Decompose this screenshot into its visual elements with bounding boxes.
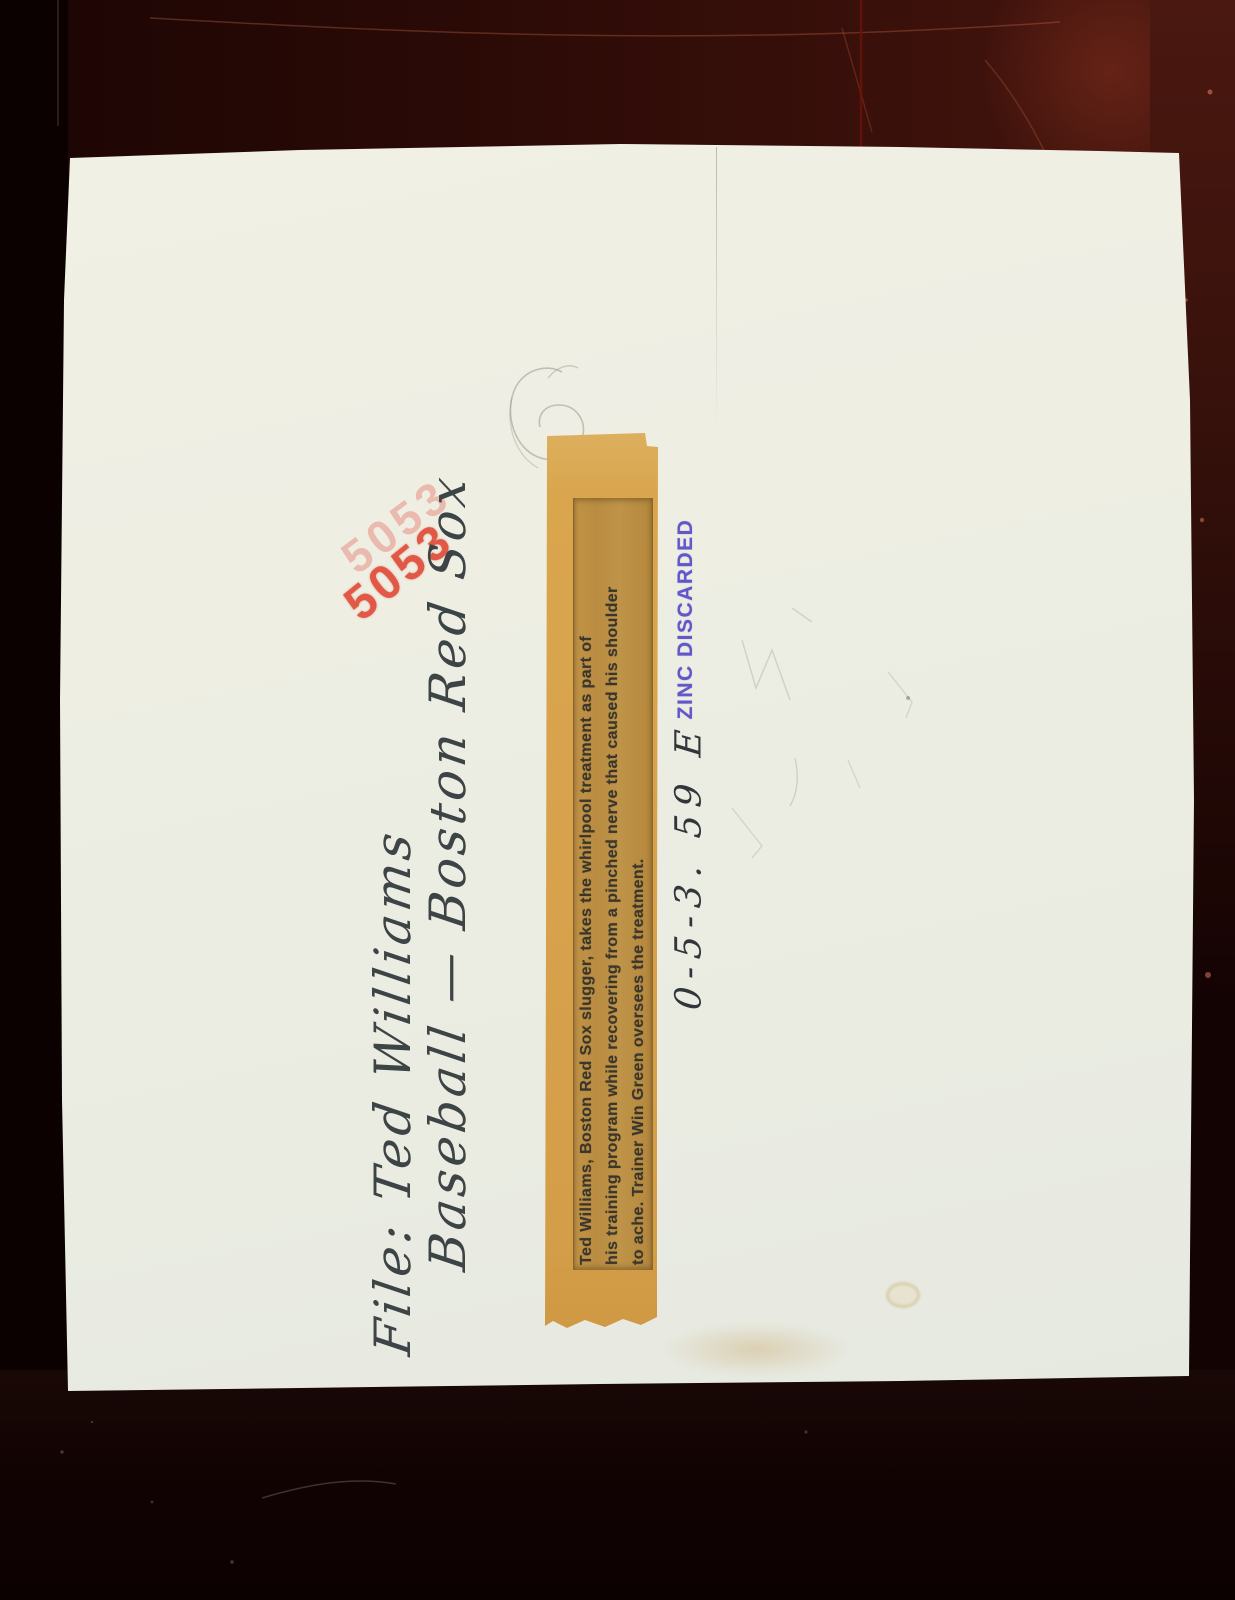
handwriting-file-label: File: Ted Williams: [364, 825, 422, 1358]
handwriting-category: Baseball — Boston Red Sox: [419, 470, 477, 1274]
handwritten-date-code: 0-5-3. 59 E: [669, 720, 710, 1012]
stain-smudge: [660, 1322, 850, 1377]
caption-line-2: his training program while recovering fr…: [600, 503, 626, 1265]
caption-line-1: Ted Williams, Boston Red Sox slugger, ta…: [574, 503, 600, 1265]
newspaper-caption-clipping: Ted Williams, Boston Red Sox slugger, ta…: [573, 498, 653, 1270]
zinc-discarded-stamp: ZINC DISCARDED: [674, 519, 698, 720]
photo-paper: 5053 5053 Baseball — Boston Red Sox File…: [0, 0, 1235, 1600]
caption-line-3: to ache. Trainer Win Green oversees the …: [626, 503, 652, 1265]
stain-ring: [886, 1282, 920, 1308]
photo-back-scan: 5053 5053 Baseball — Boston Red Sox File…: [0, 0, 1235, 1600]
paper-crease: [716, 147, 717, 437]
caption-text: Ted Williams, Boston Red Sox slugger, ta…: [574, 503, 652, 1265]
